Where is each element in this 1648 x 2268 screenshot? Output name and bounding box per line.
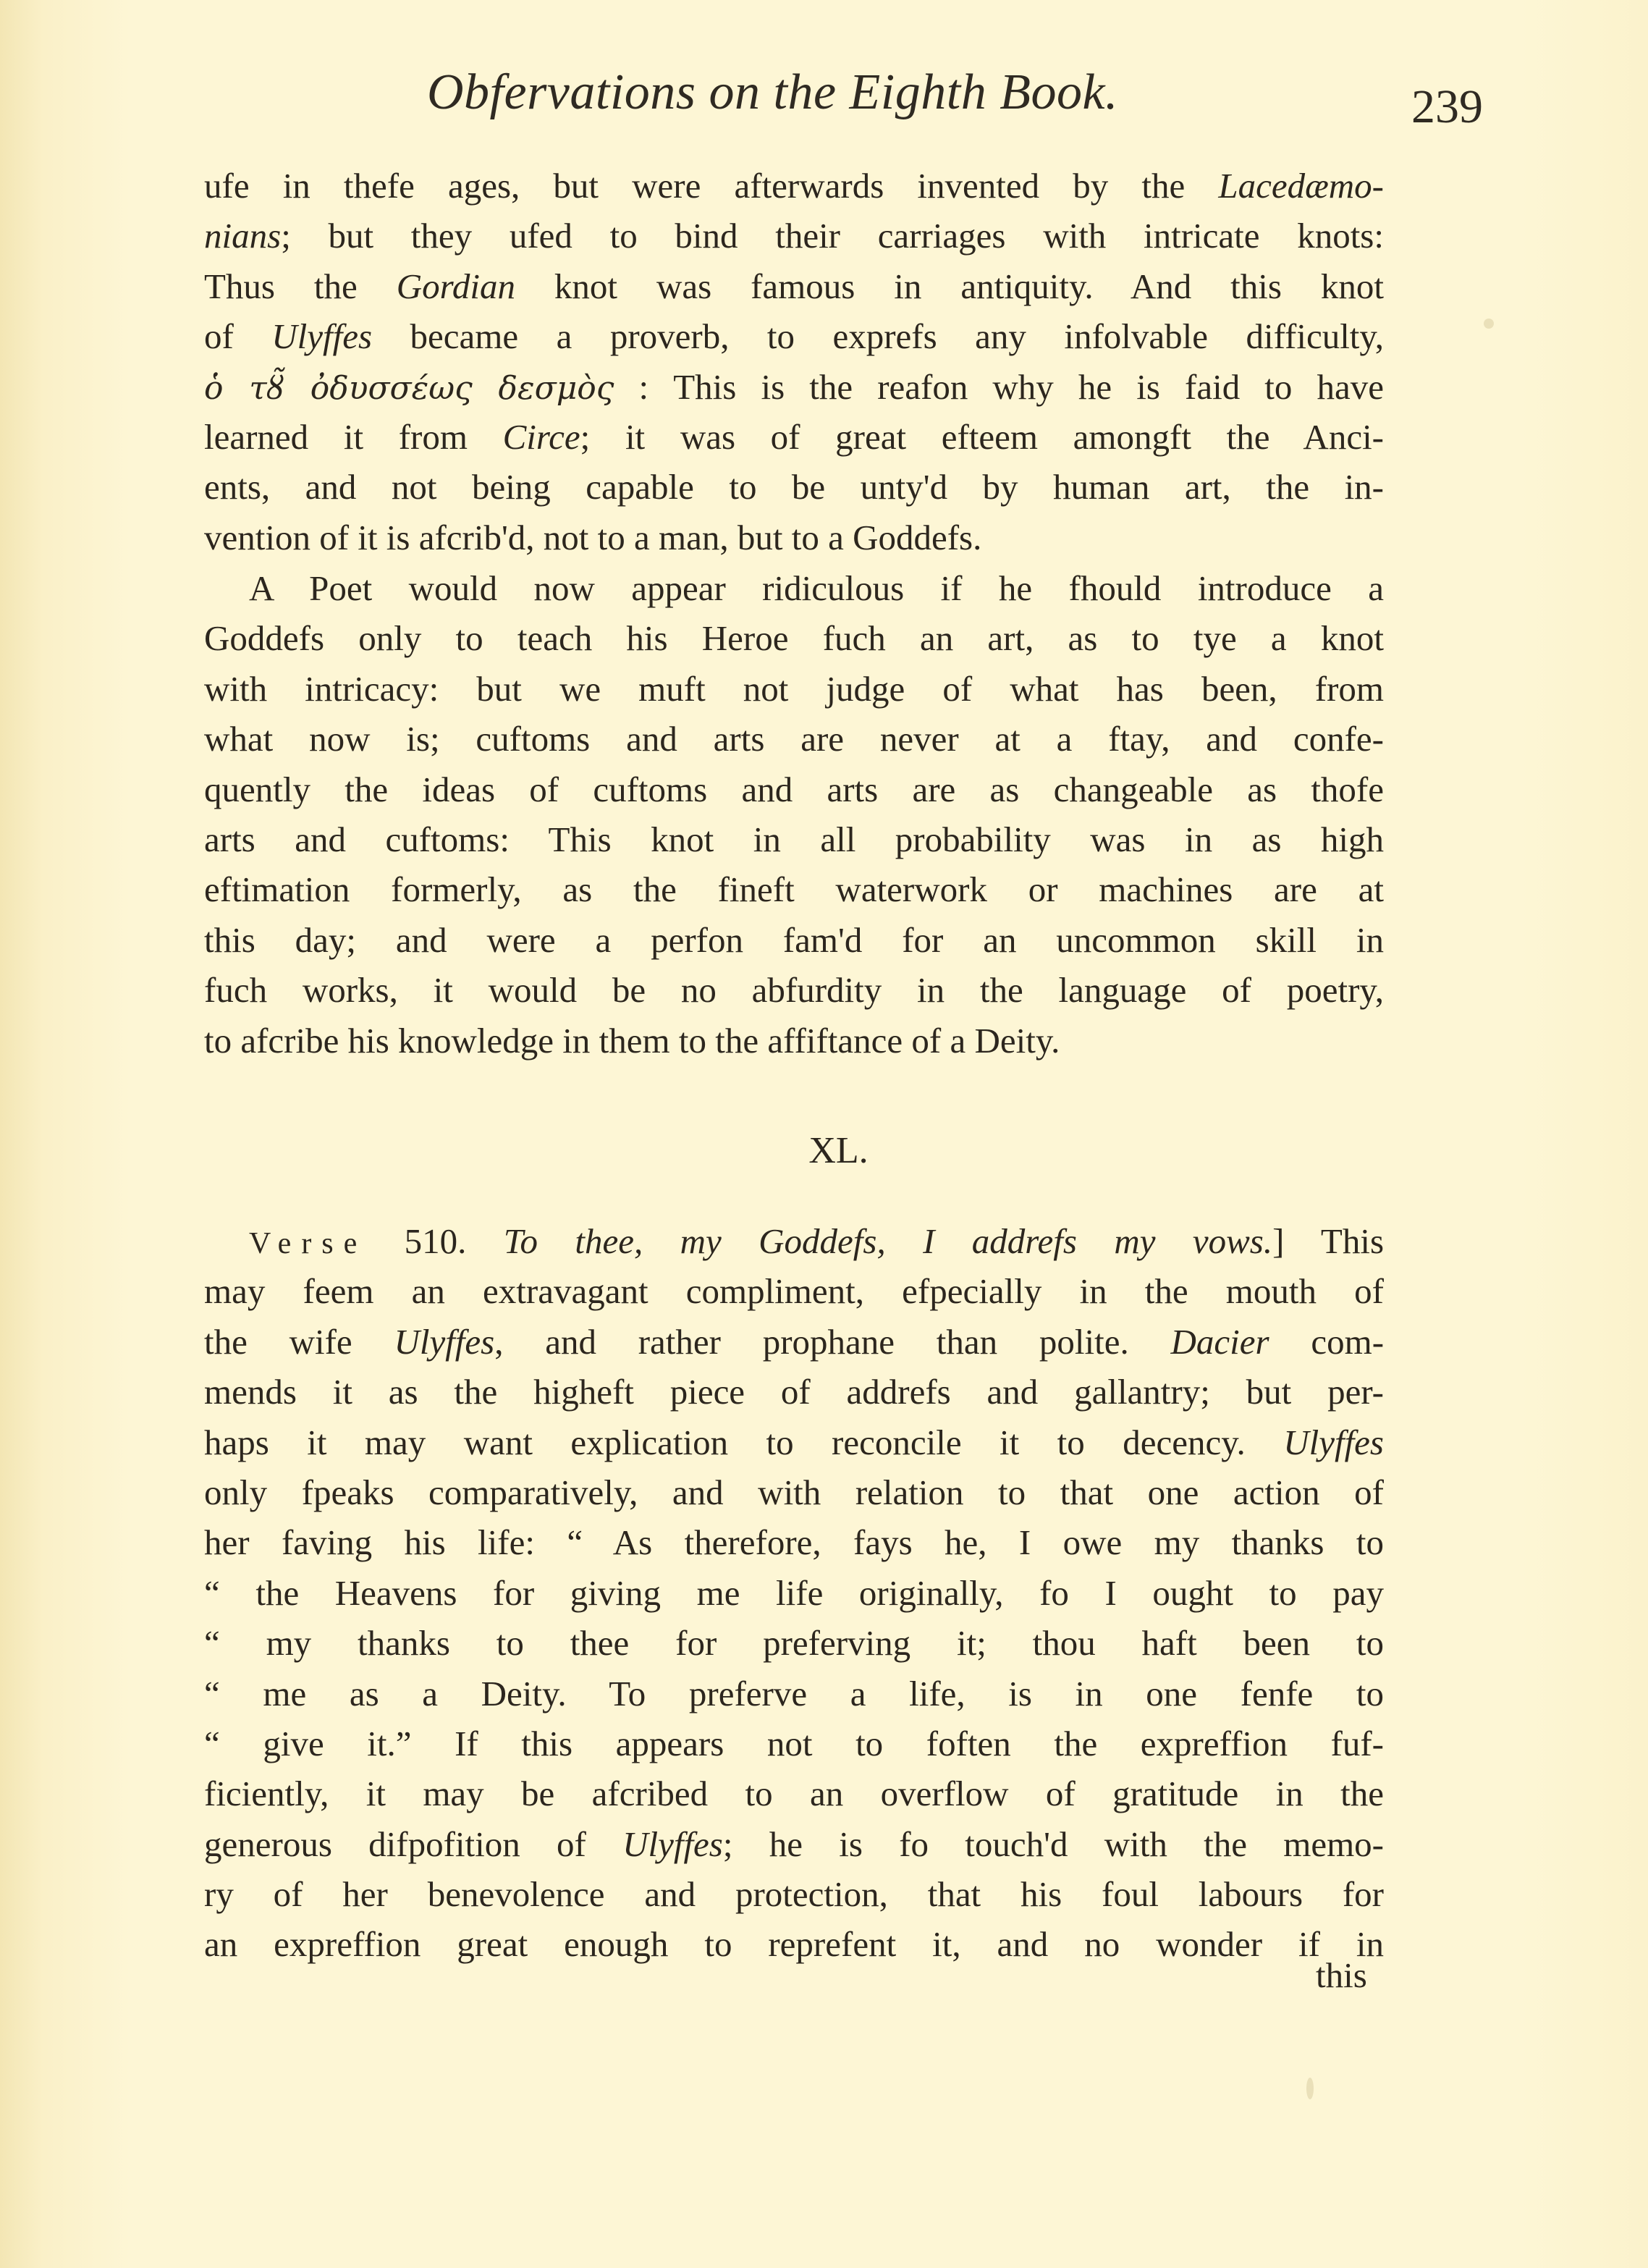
text-line: A Poet would now appear ridiculous if he…	[204, 563, 1384, 613]
text-line: her faving his life: “ As therefore, fay…	[204, 1517, 1384, 1567]
paper-spot	[1484, 319, 1494, 329]
section-number: XL.	[0, 1129, 1648, 1172]
text-line: mends it as the higheft piece of addrefs…	[204, 1367, 1384, 1417]
text-line: Goddefs only to teach his Heroe fuch an …	[204, 613, 1384, 663]
text-line: ὁ τȣ̃ ὀδυσσέως δεσμὸς : This is the reaf…	[204, 362, 1384, 412]
text-line: learned it from Circe; it was of great e…	[204, 412, 1384, 462]
text-line: fuch works, it would be no abfurdity in …	[204, 965, 1384, 1015]
text-line: ry of her benevolence and protection, th…	[204, 1869, 1384, 1919]
book-page: Obfervations on the Eighth Book. 239 ufe…	[0, 0, 1648, 2268]
greek-quotation: ὁ τȣ̃ ὀδυσσέως δεσμὸς	[204, 370, 614, 407]
running-title: Obfervations on the Eighth Book.	[427, 64, 1118, 122]
verse-heading-line: Verse 510. To thee, my Goddefs, I addref…	[204, 1216, 1384, 1266]
text-line: “ me as a Deity. To preferve a life, is …	[204, 1669, 1384, 1719]
text-line: quently the ideas of cuftoms and arts ar…	[204, 764, 1384, 814]
text-line: of Ulyffes became a proverb, to exprefs …	[204, 311, 1384, 361]
verse-label: Verse	[249, 1227, 367, 1260]
text-line: ents, and not being capable to be unty'd…	[204, 462, 1384, 512]
verse-number: 510.	[405, 1221, 467, 1261]
paragraph-continuation: ufe in thefe ages, but were afterwards i…	[204, 161, 1384, 562]
text-line: arts and cuftoms: This knot in all proba…	[204, 814, 1384, 864]
text-line: only fpeaks comparatively, and with rela…	[204, 1467, 1384, 1517]
paragraph-poet: A Poet would now appear ridiculous if he…	[204, 563, 1384, 1066]
text-line: generous difpofition of Ulyffes; he is f…	[204, 1819, 1384, 1869]
text-line: eftimation formerly, as the fineft water…	[204, 864, 1384, 914]
text-line: the wife Ulyffes, and rather prophane th…	[204, 1317, 1384, 1367]
text-line: an expreffion great enough to reprefent …	[204, 1919, 1384, 1969]
text-line: vention of it is afcrib'd, not to a man,…	[204, 513, 1384, 562]
text-line: to afcribe his knowledge in them to the …	[204, 1016, 1384, 1066]
text-line: “ the Heavens for giving me life origina…	[204, 1568, 1384, 1618]
catchword: this	[1316, 1955, 1367, 1996]
text-line: may feem an extravagant compliment, efpe…	[204, 1266, 1384, 1316]
verse-lemma: To thee, my Goddefs, I addrefs my vows.	[504, 1221, 1272, 1261]
text-line: haps it may want explication to reconcil…	[204, 1417, 1384, 1467]
text-line: ufe in thefe ages, but were afterwards i…	[204, 161, 1384, 211]
paragraph-verse-510: Verse 510. To thee, my Goddefs, I addref…	[204, 1216, 1384, 1970]
text-line: with intricacy: but we muft not judge of…	[204, 664, 1384, 714]
text-line: this day; and were a perfon fam'd for an…	[204, 915, 1384, 965]
text-line: Thus the Gordian knot was famous in anti…	[204, 261, 1384, 311]
text-line: what now is; cuftoms and arts are never …	[204, 714, 1384, 764]
text-line: “ give it.” If this appears not to fofte…	[204, 1719, 1384, 1769]
page-number: 239	[1411, 80, 1483, 135]
paper-spot	[1306, 2078, 1314, 2099]
text-line: nians; but they ufed to bind their carri…	[204, 211, 1384, 261]
text-line: ficiently, it may be afcribed to an over…	[204, 1769, 1384, 1818]
text-line: “ my thanks to thee for preferving it; t…	[204, 1618, 1384, 1668]
